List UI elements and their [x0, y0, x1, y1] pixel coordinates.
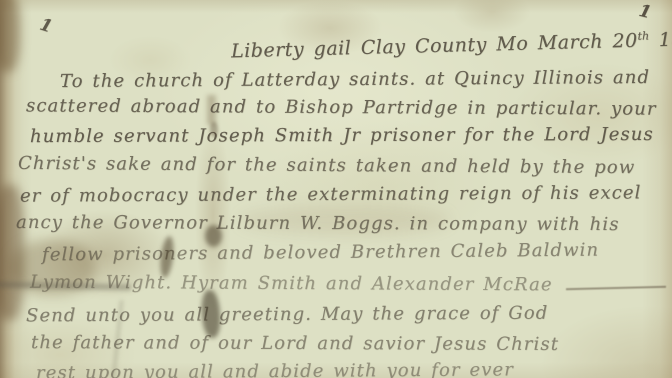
manuscript-line: Christ's sake and for the saints taken a… [18, 153, 635, 178]
manuscript-line: Lymon Wight. Hyram Smith and Alexander M… [30, 272, 553, 296]
page-number-right: 1 [637, 1, 653, 23]
dateline-ordinal-suffix: th [637, 29, 649, 42]
stain-top-left-corner [0, 0, 20, 72]
manuscript-line: ancy the Governor Lilburn W. Boggs. in c… [16, 212, 620, 235]
pen-stroke [566, 286, 666, 290]
manuscript-line: er of mobocracy under the exterminating … [20, 182, 642, 206]
manuscript-page: 1 1 Liberty gail Clay County Mo March 20… [0, 0, 672, 378]
dateline: Liberty gail Clay County Mo March 20th 1… [231, 28, 672, 63]
dateline-year: 1839. [649, 28, 672, 52]
manuscript-line: Send unto you all greeting. May the grac… [26, 303, 548, 327]
page-number-left: 1 [37, 15, 54, 38]
manuscript-line: To the church of Latterday saints. at Qu… [60, 67, 650, 92]
manuscript-line: the father and of our Lord and savior Je… [31, 332, 559, 355]
manuscript-line: fellow prisoners and beloved Brethren Ca… [42, 240, 599, 266]
manuscript-line: scattered abroad and to Bishop Partridge… [26, 95, 657, 119]
dateline-text: Liberty gail Clay County Mo March 20 [231, 30, 638, 63]
manuscript-line: humble servant Joseph Smith Jr prisoner … [30, 124, 654, 147]
manuscript-line: rest upon you all and abide with you for… [36, 359, 514, 378]
